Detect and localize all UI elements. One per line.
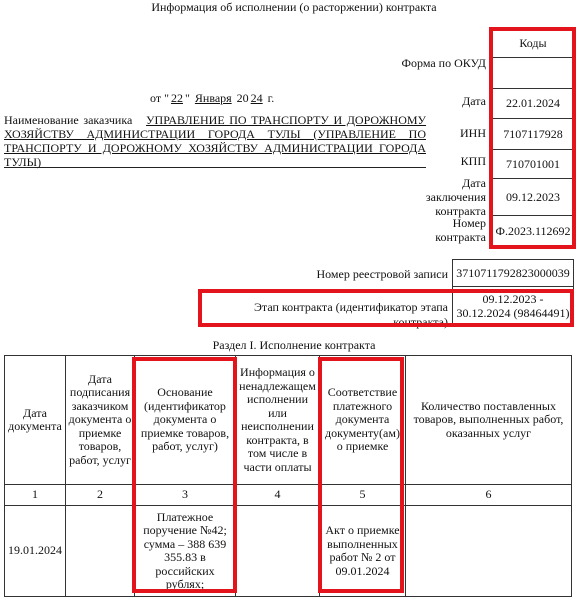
header-quantity: Количество поставленных товаров, выполне…	[406, 356, 572, 485]
codes-label-date: Дата	[462, 94, 486, 108]
col-number: 4	[236, 485, 320, 506]
date-quote: "	[185, 91, 190, 105]
cell-basis: Платежное поручение №42; сумма – 388 639…	[135, 506, 236, 597]
customer-underline	[4, 167, 426, 168]
header-basis: Основание (идентификатор документа о при…	[135, 356, 236, 485]
codes-label-contract-number: Номер контракта	[416, 216, 486, 244]
codes-value-inn: 7107117928	[493, 119, 573, 150]
date-suffix: г.	[268, 91, 275, 105]
header-improper-execution: Информация о ненадлежащем исполнении или…	[236, 356, 320, 485]
stage-value-line2: 30.12.2024 (98464491)	[457, 306, 570, 320]
codes-label-okud: Форма по ОКУД	[400, 56, 486, 70]
header-doc-date: Дата документа	[5, 356, 66, 485]
execution-table: Дата документа Дата подписания заказчико…	[4, 355, 572, 597]
codes-label-inn: ИНН	[460, 126, 486, 140]
col-number: 1	[5, 485, 66, 506]
document-date: от "22" Января 2024 г.	[150, 91, 274, 106]
date-day: 22	[169, 91, 185, 105]
table-header-row: Дата документа Дата подписания заказчико…	[5, 356, 572, 485]
document-title: Информация об исполнении (о расторжении)…	[0, 0, 588, 15]
customer-name-block: Наименование заказчика УПРАВЛЕНИЕ ПО ТРА…	[4, 113, 426, 169]
section-title: Раздел I. Исполнение контракта	[0, 338, 588, 353]
contract-stage-label: Этап контракта (идентификатор этапа конт…	[200, 300, 448, 330]
table-number-row: 1 2 3 4 5 6	[5, 485, 572, 506]
header-sign-date: Дата подписания заказчиком документа о п…	[66, 356, 135, 485]
date-month: Января	[193, 91, 234, 105]
cell-improper-execution	[236, 506, 320, 597]
customer-label: Наименование заказчика	[4, 113, 132, 127]
contract-stage-value: 09.12.2023 - 30.12.2024 (98464491)	[452, 286, 574, 325]
table-row: 19.01.2024 Платежное поручение №42; сумм…	[5, 506, 572, 597]
date-century: 20	[237, 91, 249, 105]
codes-table: Коды 22.01.2024 7107117928 710701001 09.…	[492, 28, 574, 247]
registry-record-label: Номер реестровой записи	[270, 267, 448, 282]
codes-header: Коды	[493, 29, 573, 58]
registry-record-value: 3710711792823000039	[452, 259, 574, 287]
col-number: 3	[135, 485, 236, 506]
cell-doc-date: 19.01.2024	[5, 506, 66, 597]
date-year: 24	[249, 91, 265, 105]
codes-value-okud	[493, 58, 573, 89]
date-prefix: от "	[150, 91, 169, 105]
cell-quantity	[406, 506, 572, 597]
col-number: 5	[320, 485, 406, 506]
codes-value-contract-date: 09.12.2023	[493, 179, 573, 216]
codes-value-kpp: 710701001	[493, 150, 573, 179]
stage-value-line1: 09.12.2023 -	[483, 292, 544, 306]
col-number: 2	[66, 485, 135, 506]
codes-value-contract-number: Ф.2023.112692	[493, 216, 573, 246]
codes-label-contract-date: Дата заключения контракта	[416, 176, 486, 218]
cell-sign-date	[66, 506, 135, 597]
cell-payment-match: Акт о приемке выполненных работ № 2 от 0…	[320, 506, 406, 597]
codes-value-date: 22.01.2024	[493, 89, 573, 119]
header-payment-match: Соответствие платежного документа докуме…	[320, 356, 406, 485]
col-number: 6	[406, 485, 572, 506]
codes-label-kpp: КПП	[461, 154, 486, 168]
codes-labels: Форма по ОКУД Дата ИНН КПП Дата заключен…	[400, 28, 486, 245]
